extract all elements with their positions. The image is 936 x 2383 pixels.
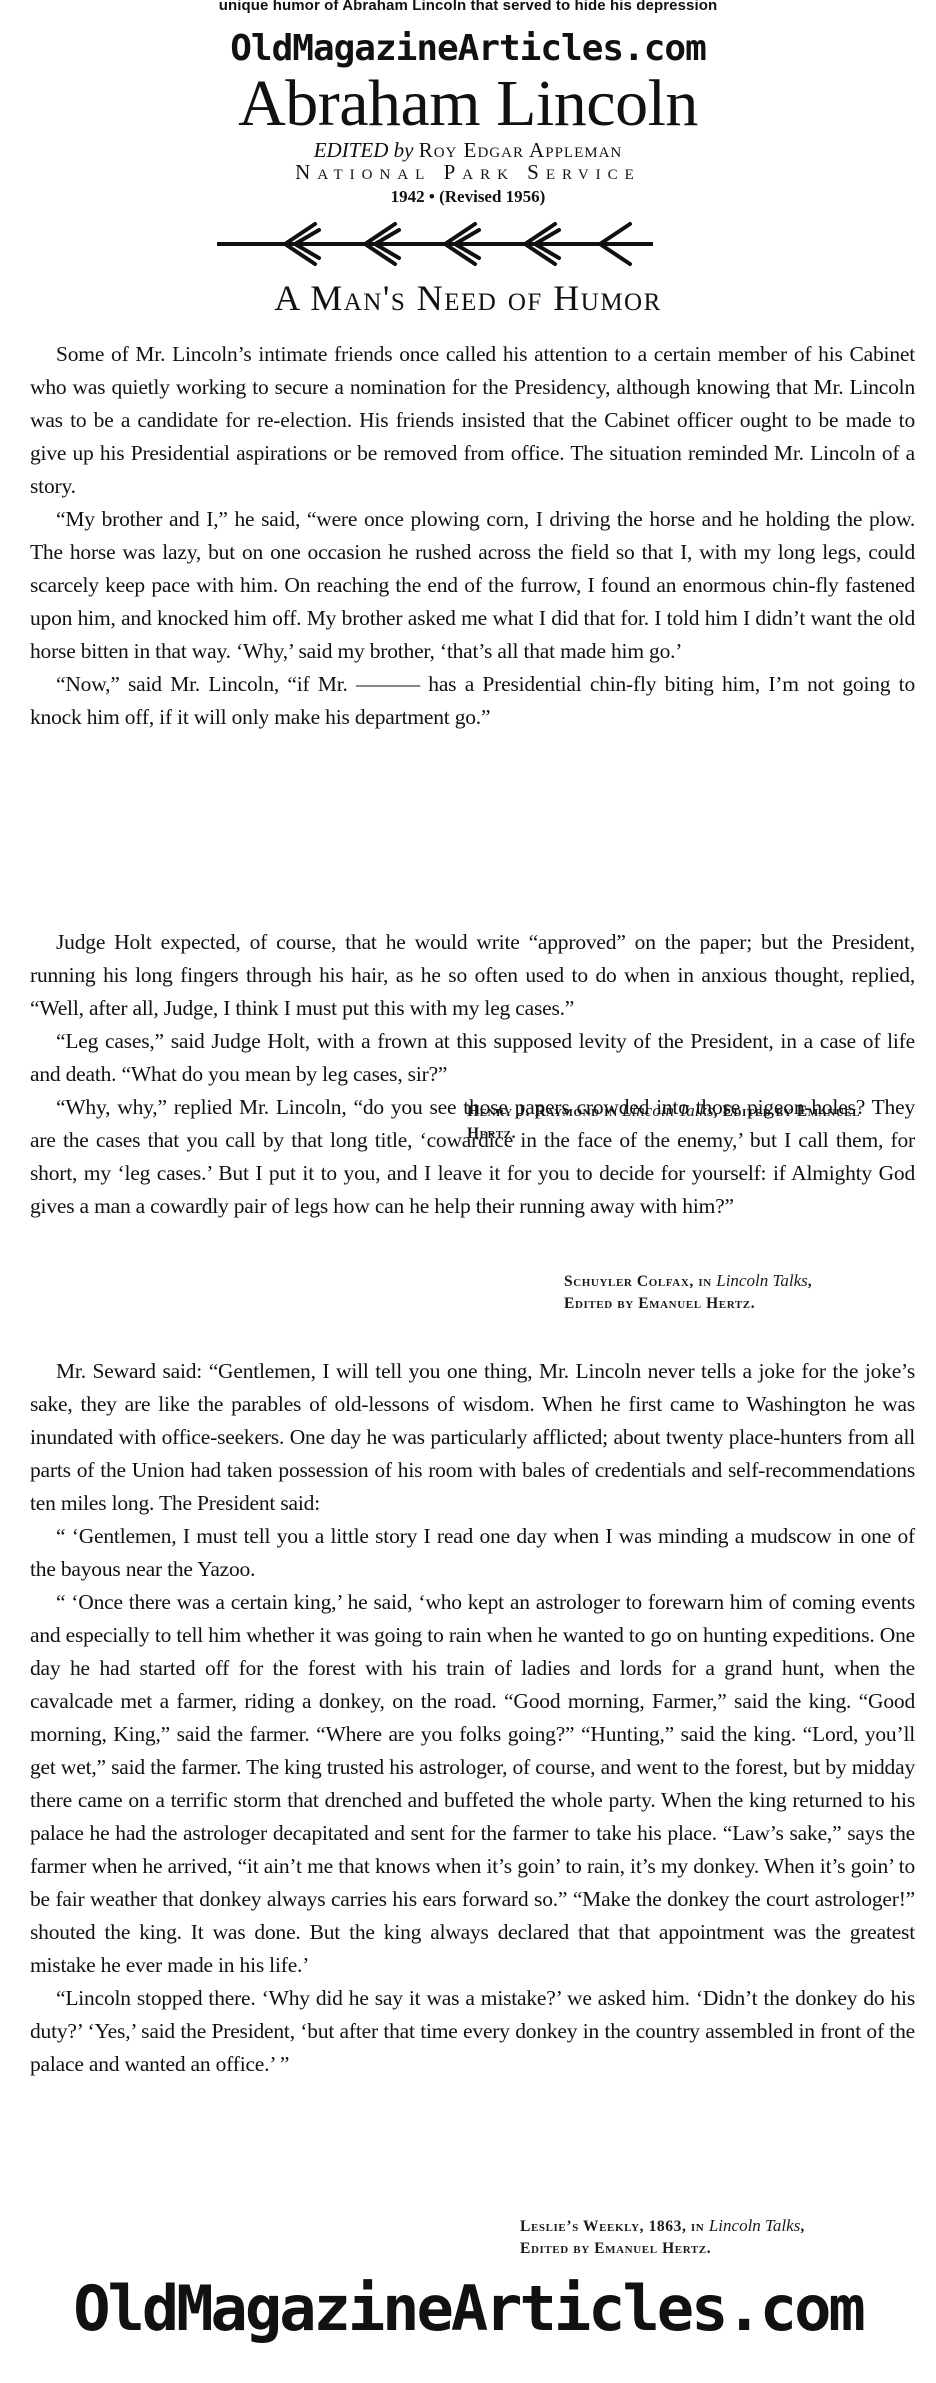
story-chin-fly: Some of Mr. Lincoln’s intimate friends o…: [30, 338, 915, 734]
book-title: Abraham Lincoln: [0, 66, 936, 142]
paragraph: “My brother and I,” he said, “were once …: [30, 503, 915, 668]
arrow-ornament-icon: [215, 220, 655, 268]
site-logo-bottom: OldMagazineArticles.com: [0, 2272, 936, 2345]
attribution-leslies: Leslie’s Weekly, 1863, in Lincoln Talks,…: [520, 2215, 920, 2260]
editor-name: Roy Edgar Appleman: [419, 138, 623, 162]
year-line: 1942 • (Revised 1956): [0, 186, 936, 208]
paragraph: “Leg cases,” said Judge Holt, with a fro…: [30, 1025, 915, 1091]
story-leg-cases: Judge Holt expected, of course, that he …: [30, 926, 915, 1223]
paragraph: Some of Mr. Lincoln’s intimate friends o…: [30, 338, 915, 503]
edited-prefix: EDITED by: [314, 138, 414, 162]
editor-line: EDITED by Roy Edgar Appleman: [0, 138, 936, 162]
page-caption: unique humor of Abraham Lincoln that ser…: [0, 0, 936, 14]
paragraph: Mr. Seward said: “Gentlemen, I will tell…: [30, 1355, 915, 1520]
paragraph: “Lincoln stopped there. ‘Why did he say …: [30, 1982, 915, 2081]
section-heading: A Man's Need of Humor: [0, 276, 936, 320]
site-logo-top: OldMagazineArticles.com: [0, 28, 936, 69]
work-title: Lincoln Talks: [709, 2216, 800, 2235]
paragraph: “ ‘Gentlemen, I must tell you a little s…: [30, 1520, 915, 1586]
paragraph: Judge Holt expected, of course, that he …: [30, 926, 915, 1025]
story-donkey: Mr. Seward said: “Gentlemen, I will tell…: [30, 1355, 915, 2081]
attribution-colfax: Schuyler Colfax, in Lincoln Talks, Edite…: [564, 1270, 914, 1315]
work-title: Lincoln Talks: [716, 1271, 807, 1290]
publisher-line: National Park Service: [0, 160, 936, 184]
paragraph: “ ‘Once there was a certain king,’ he sa…: [30, 1586, 915, 1982]
paragraph: “Why, why,” replied Mr. Lincoln, “do you…: [30, 1091, 915, 1223]
paragraph: “Now,” said Mr. Lincoln, “if Mr. ——— has…: [30, 668, 915, 734]
